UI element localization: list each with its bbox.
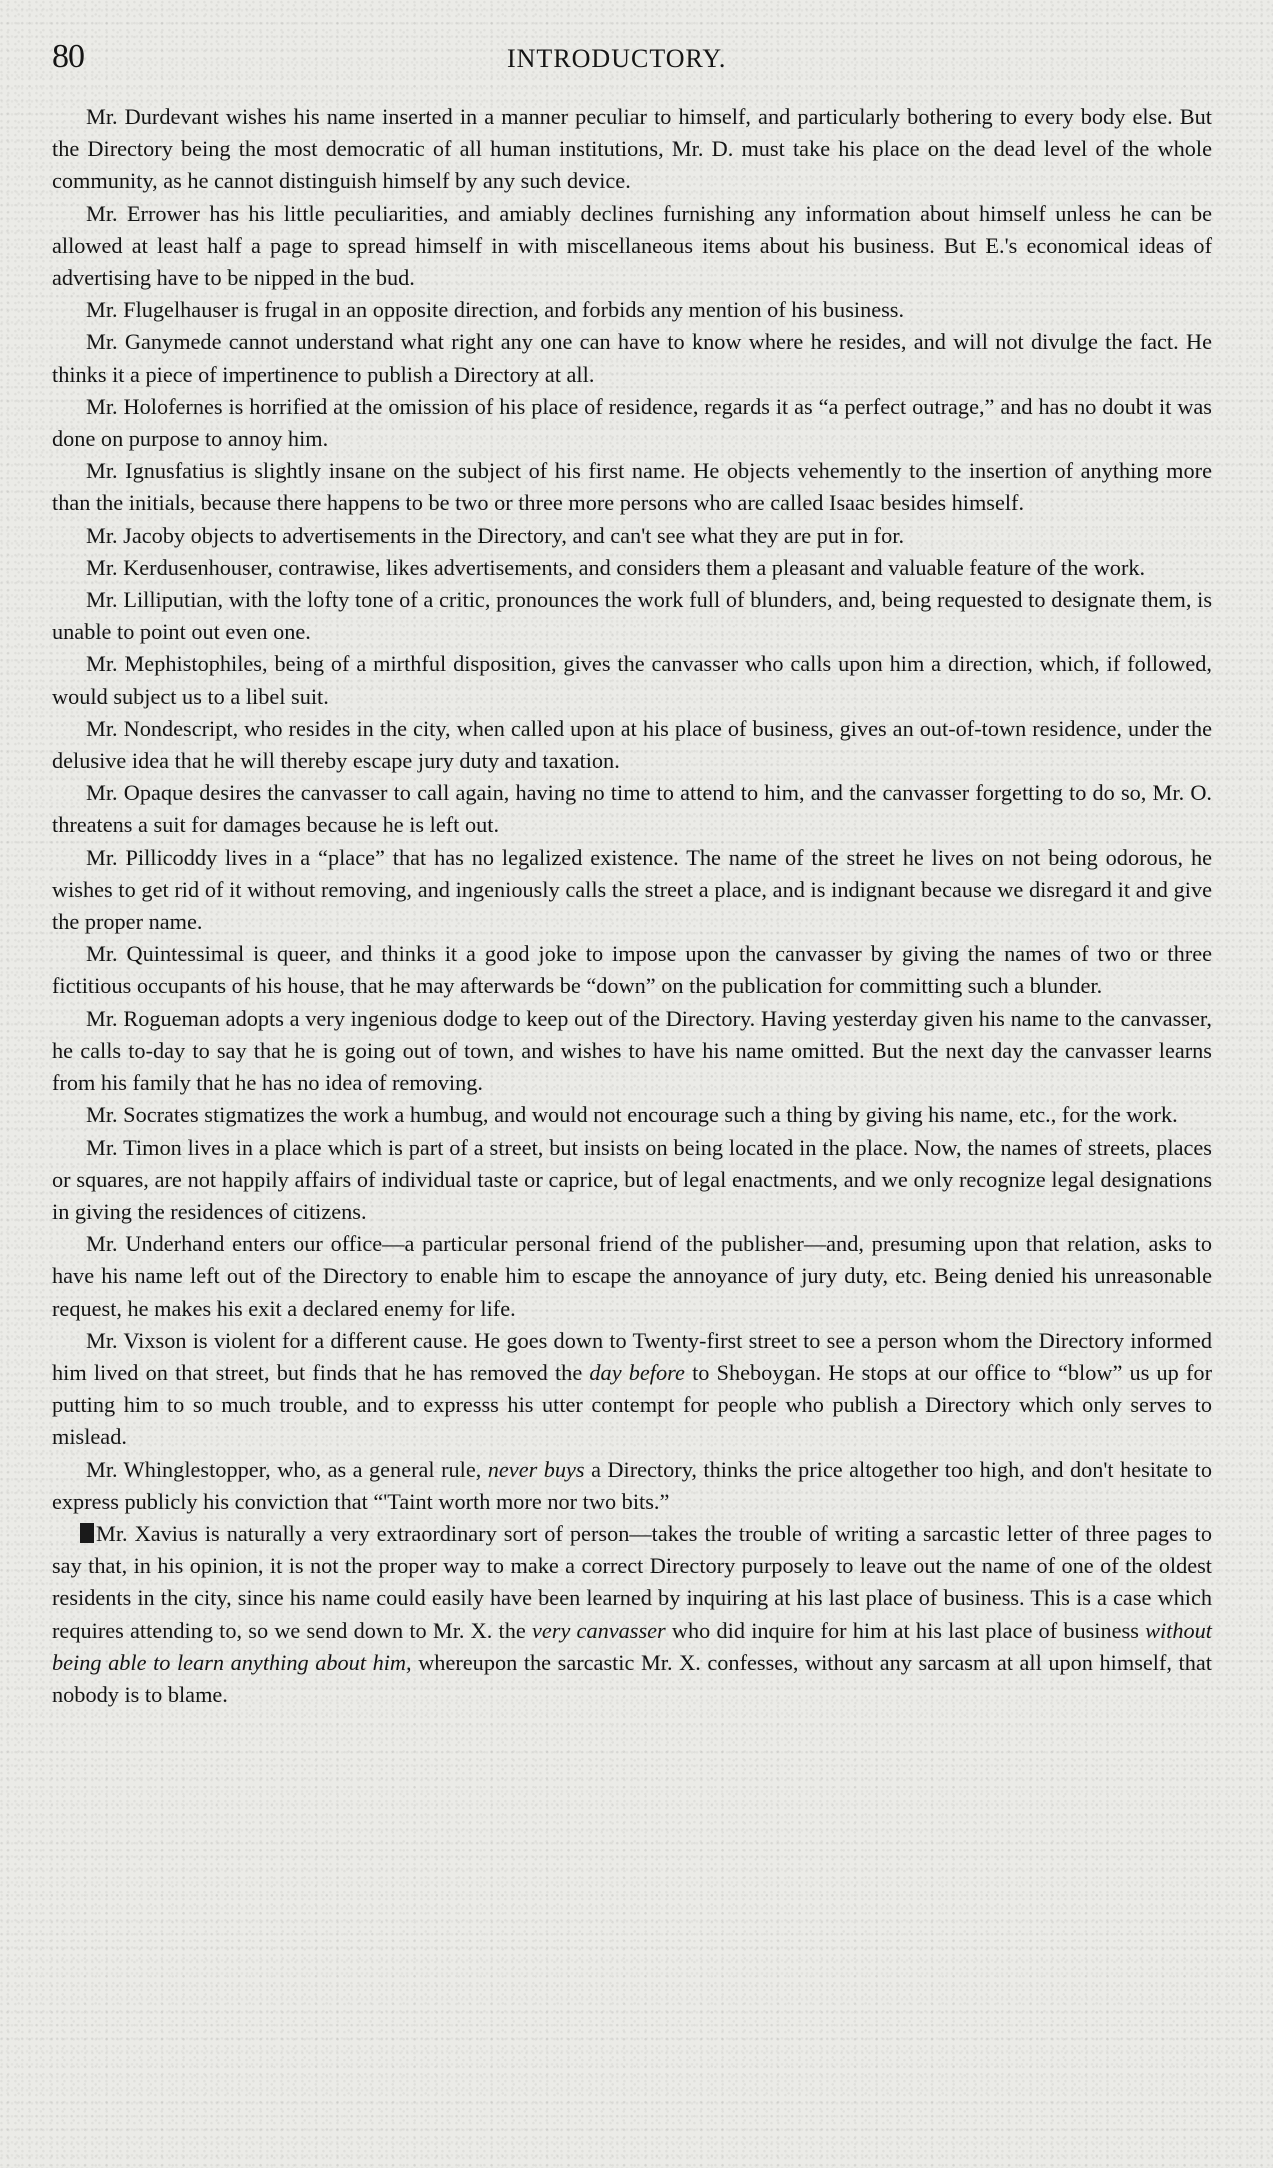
paragraph-flugelhauser: Mr. Flugelhauser is frugal in an opposit… xyxy=(52,294,1212,326)
paragraph-durdevant: Mr. Durdevant wishes his name inserted i… xyxy=(52,101,1212,198)
paragraph-ignusfatius: Mr. Ignusfatius is slightly insane on th… xyxy=(52,455,1212,519)
italic-span: never buys xyxy=(488,1457,585,1482)
paragraph-nondescript: Mr. Nondescript, who resides in the city… xyxy=(52,713,1212,777)
paragraph-jacoby: Mr. Jacoby objects to advertisements in … xyxy=(52,520,1212,552)
page-number: 80 xyxy=(52,38,84,76)
paragraph-ganymede: Mr. Ganymede cannot understand what righ… xyxy=(52,326,1212,390)
document-page: 80 INTRODUCTORY. Mr. Durdevant wishes hi… xyxy=(0,0,1273,2168)
paragraph-pillicoddy: Mr. Pillicoddy lives in a “place” that h… xyxy=(52,842,1212,939)
paragraph-underhand: Mr. Underhand enters our office—a partic… xyxy=(52,1228,1212,1325)
paragraph-errower: Mr. Errower has his little peculiarities… xyxy=(52,198,1212,295)
italic-span: day before xyxy=(589,1360,685,1385)
paragraph-xavius: Mr. Xavius is naturally a very extraordi… xyxy=(52,1518,1212,1711)
paragraph-lilliputian: Mr. Lilliputian, with the lofty tone of … xyxy=(52,584,1212,648)
printer-mark-icon xyxy=(80,1523,94,1543)
paragraph-whinglestopper: Mr. Whinglestopper, who, as a general ru… xyxy=(52,1454,1212,1518)
running-head: INTRODUCTORY. xyxy=(507,44,726,74)
paragraph-quintessimal: Mr. Quintessimal is queer, and thinks it… xyxy=(52,938,1212,1002)
text-span: Mr. Whinglestopper, who, as a general ru… xyxy=(86,1457,488,1482)
paragraph-vixson: Mr. Vixson is violent for a different ca… xyxy=(52,1325,1212,1454)
paragraph-opaque: Mr. Opaque desires the canvasser to call… xyxy=(52,777,1212,841)
paragraph-mephistophiles: Mr. Mephistophiles, being of a mirthful … xyxy=(52,648,1212,712)
body-text: Mr. Durdevant wishes his name inserted i… xyxy=(52,101,1212,1711)
text-span: who did inquire for him at his last plac… xyxy=(666,1618,1145,1643)
paragraph-socrates: Mr. Socrates stigmatizes the work a humb… xyxy=(52,1099,1212,1131)
paragraph-kerdusenhouser: Mr. Kerdusenhouser, contrawise, likes ad… xyxy=(52,552,1212,584)
paragraph-holofernes: Mr. Holofernes is horrified at the omiss… xyxy=(52,391,1212,455)
page-header: 80 INTRODUCTORY. xyxy=(52,38,1222,78)
paragraph-rogueman: Mr. Rogueman adopts a very ingenious dod… xyxy=(52,1003,1212,1100)
italic-span: very canvasser xyxy=(532,1618,666,1643)
paragraph-timon: Mr. Timon lives in a place which is part… xyxy=(52,1132,1212,1229)
